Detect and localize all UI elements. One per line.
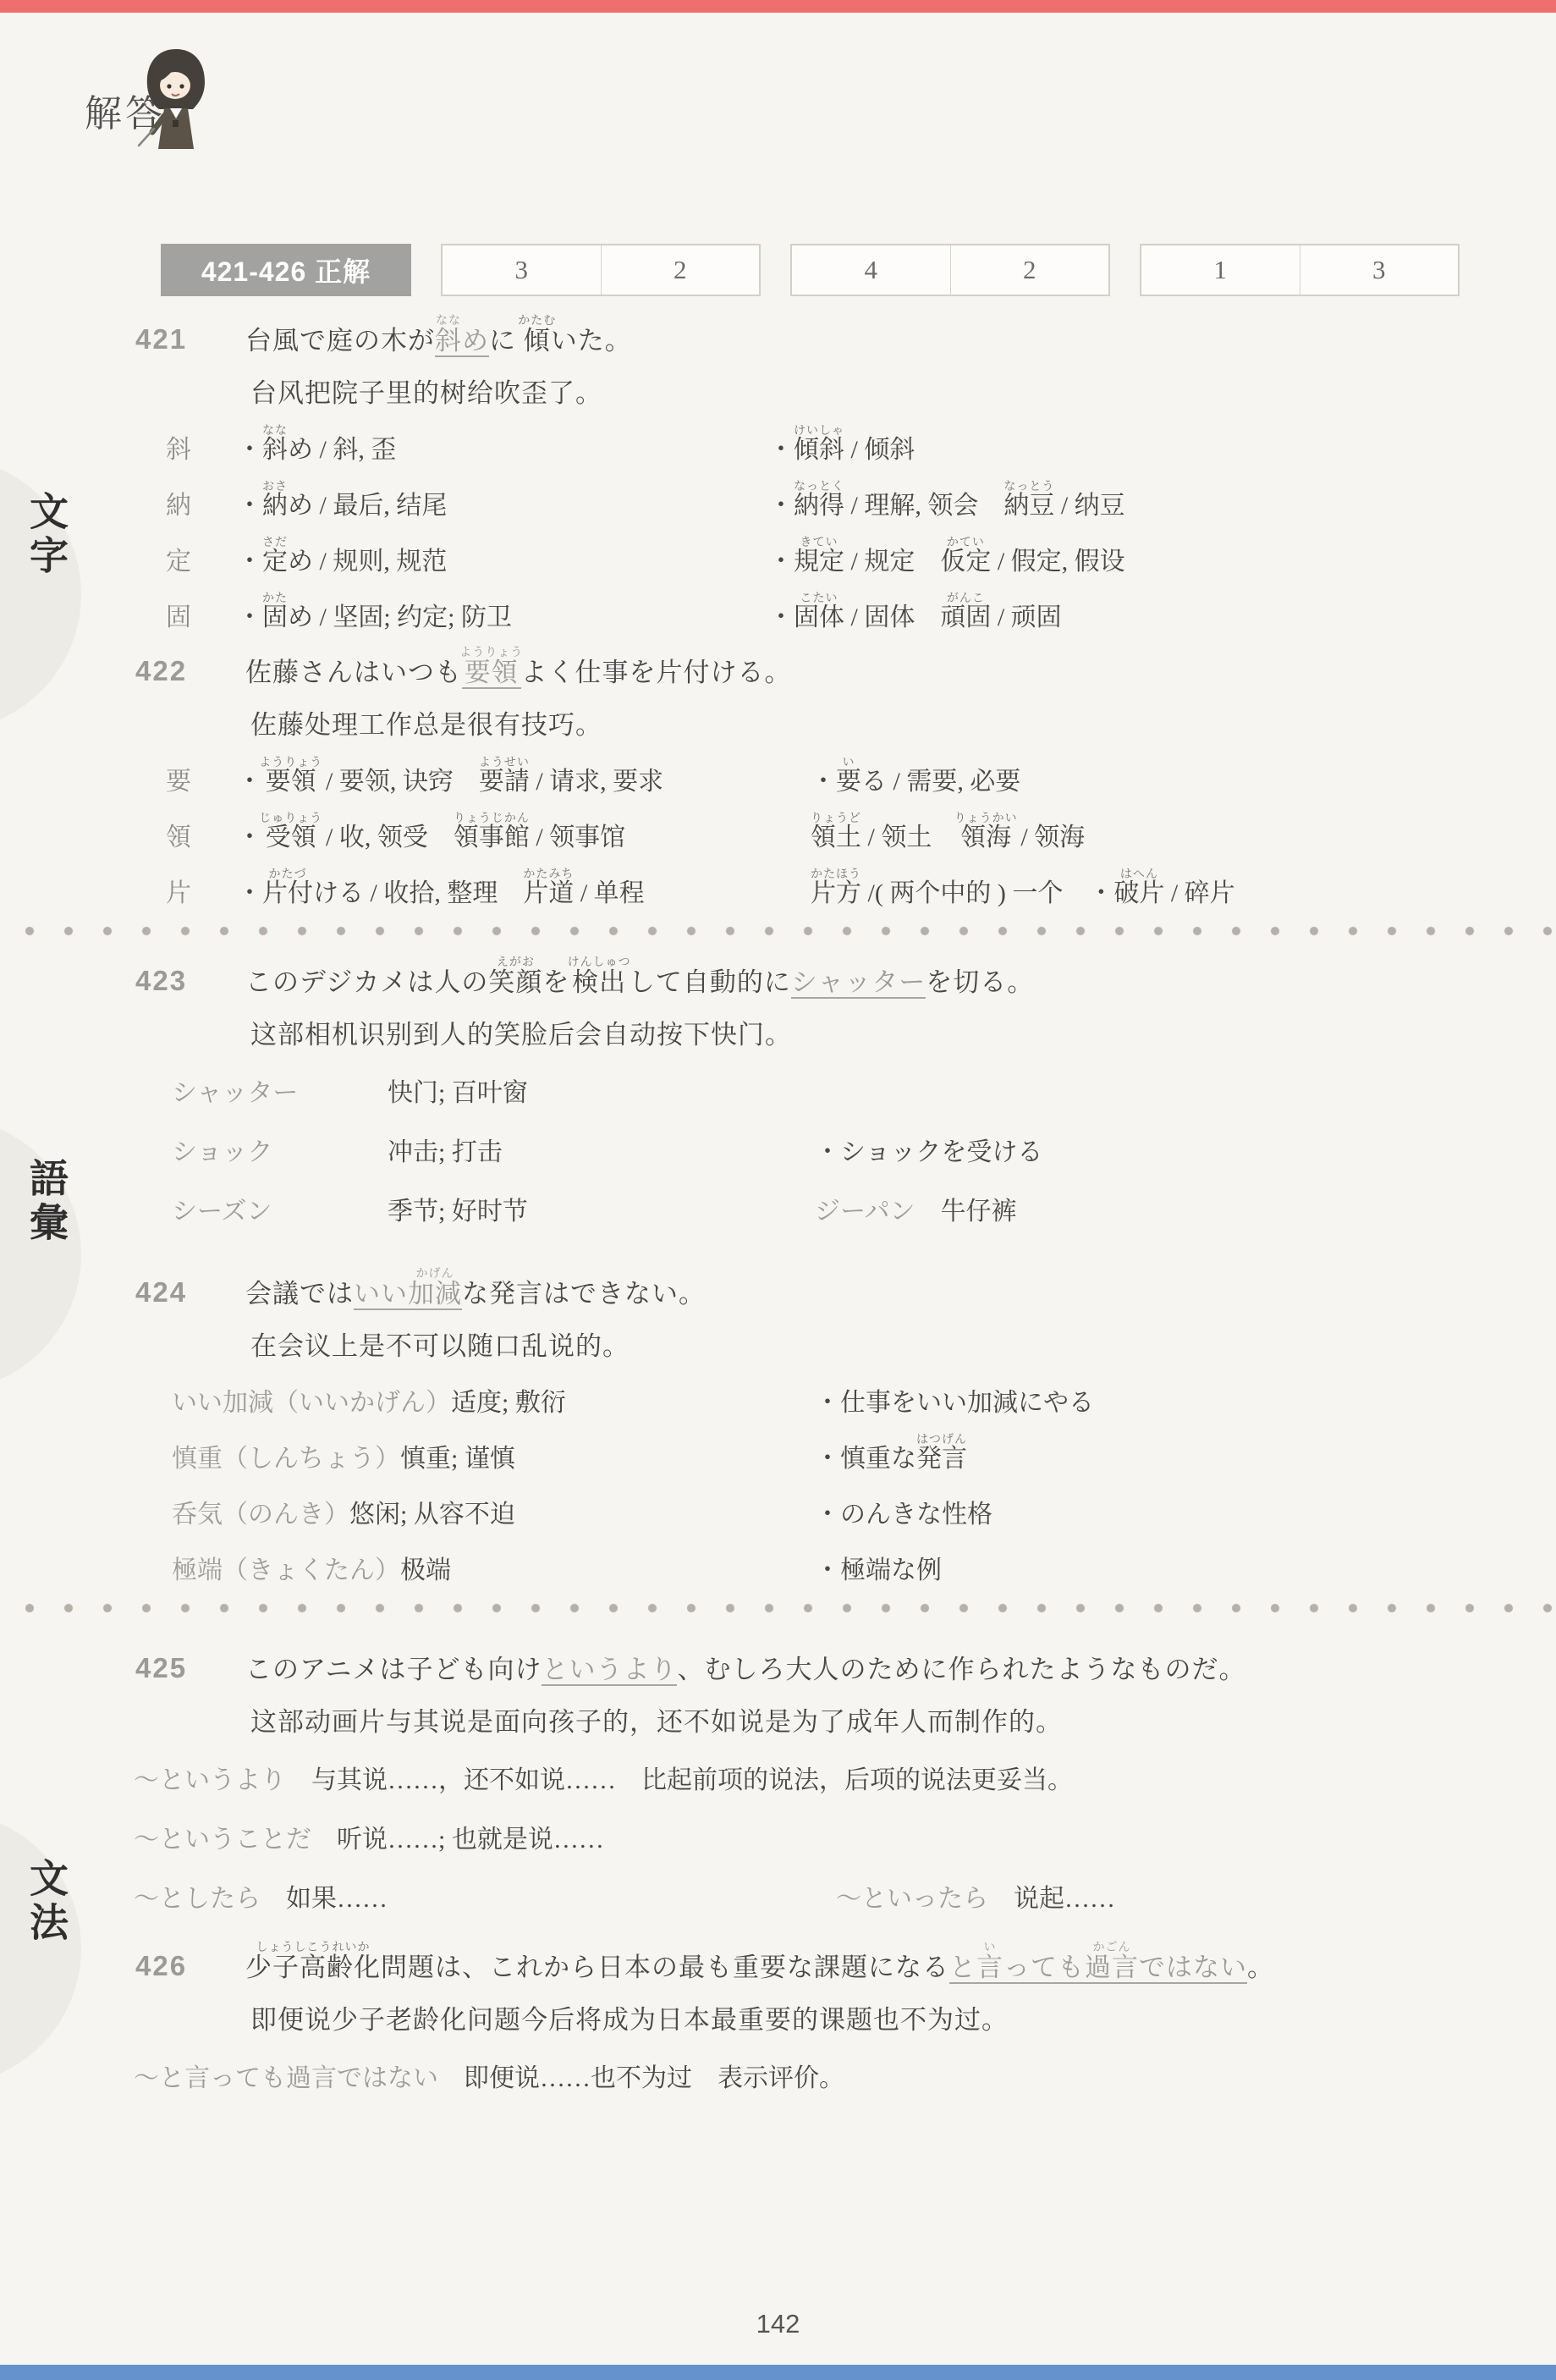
japanese-sentence: 会議ではいい加減かげんな発言はできない。 (245, 1268, 706, 1310)
page-number: 142 (0, 2309, 1556, 2339)
question-number: 422 (135, 655, 187, 687)
grammar-row: ～と言っても過言ではない 即便说……也不为过 表示评价。 (134, 2041, 1497, 2101)
answer-425: 1 (1141, 245, 1300, 295)
kanji-examples-right: ・固体こたい / 固体 頑固がんこ / 顽固 (768, 592, 1062, 633)
kanji-examples-right: ・要いる / 需要, 必要 (811, 757, 1020, 797)
kanji-label: 納 (166, 484, 237, 521)
dotted-divider (0, 914, 1556, 948)
kanji-examples-left: ・受領じゅりょう / 收, 领受 領事館りょうじかん / 领事馆 (237, 813, 625, 853)
vocab-row: 呑気（のんき）悠闲; 从容不迫 ・のんきな性格 (134, 1479, 1497, 1535)
grammar-row: ～としたら 如果…… ～といったら 说起…… (134, 1862, 1497, 1921)
kanji-label: 片 (166, 872, 237, 909)
kanji-row: 納 ・納おさめ / 最后, 结尾 ・納得なっとく / 理解, 领会 納豆なっとう… (134, 471, 1497, 526)
vocab-term: シーズン (172, 1190, 388, 1227)
kanji-examples-right: ・傾斜けいしゃ / 倾斜 (768, 425, 915, 466)
chinese-translation: 在会议上是不可以随口乱说的。 (250, 1314, 1497, 1368)
vocab-row: 極端（きょくたん）极端 ・極端な例 (134, 1535, 1497, 1591)
answer-range-label: 421-426 正解 (161, 244, 411, 296)
chinese-translation: 佐藤处理工作总是很有技巧。 (250, 692, 1497, 747)
vocab-example: ・極端な例 (815, 1549, 942, 1586)
japanese-sentence-line: 426 少子高齢化しょうしこうれいか問題は、これから日本の最も重要な課題になると… (245, 1933, 1497, 1987)
answer-strip: 421-426 正解 3 2 4 2 1 3 (161, 244, 1497, 296)
grammar-pattern-gloss: ～としたら 如果…… (134, 1877, 388, 1914)
vocab-term: ショック (172, 1131, 388, 1168)
textbook-answer-page: 文字 語彙 文法 解答 (0, 0, 1556, 2380)
japanese-sentence-line: 425 このアニメは子ども向けというより、むしろ大人のために作られたようなものだ… (245, 1635, 1497, 1689)
vocab-row: いい加減（いいかげん）适度; 敷衍 ・仕事をいい加減にやる (134, 1368, 1497, 1424)
kanji-row: 定 ・定さだめ / 规则, 规范 ・規定きてい / 规定 仮定かてい / 假定,… (134, 526, 1497, 582)
vocab-row: ショック 冲击; 打击 ・ショックを受ける (134, 1116, 1497, 1175)
kanji-label: 領 (166, 816, 237, 853)
kanji-examples-right: ・納得なっとく / 理解, 领会 納豆なっとう / 纳豆 (768, 481, 1125, 521)
japanese-sentence-line: 421 台風で庭の木が斜ななめに 傾かたむいた。 (245, 306, 1497, 361)
kanji-examples-left: ・固かため / 坚固; 约定; 防卫 (237, 592, 512, 633)
kanji-row: 領 ・受領じゅりょう / 收, 领受 領事館りょうじかん / 领事馆 領土りょう… (134, 802, 1497, 858)
kanji-row: 片 ・片付かたづける / 收拾, 整理 片道かたみち / 单程 片方かたほう /… (134, 858, 1497, 914)
page-bottom-blue-bar (0, 2365, 1556, 2380)
question-number: 426 (135, 1950, 187, 1982)
vocab-gloss: 快门; 百叶窗 (388, 1072, 528, 1109)
question-423: 423 このデジカメは人の笑顔えがおを検出けんしゅつして自動的にシャッターを切る… (134, 948, 1497, 1234)
chinese-translation: 这部动画片与其说是面向孩子的，还不如说是为了成年人而制作的。 (250, 1689, 1497, 1744)
vocab-example: ジーパン 牛仔裤 (815, 1190, 1017, 1227)
question-number: 425 (135, 1652, 187, 1684)
question-422: 422 佐藤さんはいつも要領ようりょうよく仕事を片付ける。 佐藤处理工作总是很有… (134, 638, 1497, 914)
page-top-red-bar (0, 0, 1556, 13)
vocab-example: ・慎重な発言はつげん (815, 1434, 967, 1474)
kanji-examples-left: ・要領ようりょう / 要领, 诀窍 要請ようせい / 请求, 要求 (237, 757, 663, 797)
kanji-label: 定 (166, 540, 237, 577)
vocab-term-gloss: 呑気（のんき）悠闲; 从容不迫 (172, 1493, 515, 1530)
kanji-label: 固 (166, 596, 237, 633)
page-content: 解答 421-426 正解 (0, 46, 1556, 2101)
japanese-sentence: このアニメは子ども向けというより、むしろ大人のために作られたようなものだ。 (245, 1648, 1245, 1686)
question-number: 424 (135, 1276, 187, 1308)
grammar-row: ～ということだ 听说……; 也就是说…… (134, 1803, 1497, 1862)
dotted-divider (0, 1591, 1556, 1625)
vocab-example: ・仕事をいい加減にやる (815, 1381, 1094, 1419)
vocab-term: シャッター (172, 1072, 388, 1109)
japanese-sentence-line: 423 このデジカメは人の笑顔えがおを検出けんしゅつして自動的にシャッターを切る… (245, 948, 1497, 1002)
japanese-sentence: 佐藤さんはいつも要領ようりょうよく仕事を片付ける。 (245, 647, 792, 689)
answer-422: 2 (601, 245, 760, 295)
answer-421: 3 (443, 245, 601, 295)
vocab-example: ・ショックを受ける (815, 1131, 1042, 1168)
kanji-label: 要 (166, 760, 237, 797)
vocab-gloss: 冲击; 打击 (388, 1131, 503, 1168)
teacher-girl-icon (132, 44, 220, 166)
kanji-examples-right: 領土りょうど / 领土 領海りょうかい / 领海 (811, 813, 1085, 853)
japanese-sentence-line: 422 佐藤さんはいつも要領ようりょうよく仕事を片付ける。 (245, 638, 1497, 692)
grammar-pattern-gloss: ～というより 与其说……，还不如说…… 比起前项的说法，后项的说法更妥当。 (134, 1759, 1073, 1796)
vocab-term-gloss: 極端（きょくたん）极端 (172, 1549, 451, 1586)
question-number: 423 (135, 965, 187, 997)
vocab-term-gloss: 慎重（しんちょう）慎重; 谨慎 (172, 1437, 515, 1474)
answer-box-1: 3 2 (441, 244, 761, 296)
japanese-sentence: 少子高齢化しょうしこうれいか問題は、これから日本の最も重要な課題になると言いって… (245, 1942, 1274, 1984)
kanji-examples-right: ・規定きてい / 规定 仮定かてい / 假定, 假设 (768, 537, 1125, 577)
chinese-translation: 即便说少子老龄化问题今后将成为日本最重要的课题也不为过。 (250, 1987, 1497, 2041)
answer-424: 2 (950, 245, 1109, 295)
kanji-examples-right: 片方かたほう /( 两个中的 ) 一个 ・破片はへん / 碎片 (811, 868, 1235, 909)
question-number: 421 (135, 323, 187, 355)
answer-423: 4 (792, 245, 950, 295)
answer-box-2: 4 2 (790, 244, 1110, 296)
answer-426: 3 (1300, 245, 1459, 295)
grammar-pattern-gloss: ～と言っても過言ではない 即便说……也不为过 表示评价。 (134, 2057, 844, 2094)
question-424: 424 会議ではいい加減かげんな発言はできない。 在会议上是不可以随口乱说的。 … (134, 1259, 1497, 1591)
vocab-term-gloss: いい加減（いいかげん）适度; 敷衍 (172, 1381, 566, 1419)
question-426: 426 少子高齢化しょうしこうれいか問題は、これから日本の最も重要な課題になると… (134, 1933, 1497, 2101)
chinese-translation: 台风把院子里的树给吹歪了。 (250, 361, 1497, 415)
kanji-label: 斜 (166, 428, 237, 466)
kanji-examples-left: ・斜ななめ / 斜, 歪 (237, 425, 396, 466)
kanji-row: 要 ・要領ようりょう / 要领, 诀窍 要請ようせい / 请求, 要求 ・要いる… (134, 747, 1497, 802)
question-421: 421 台風で庭の木が斜ななめに 傾かたむいた。 台风把院子里的树给吹歪了。 斜… (134, 306, 1497, 638)
chinese-translation: 这部相机识别到人的笑脸后会自动按下快门。 (250, 1002, 1497, 1056)
vocab-gloss: 季节; 好时节 (388, 1190, 528, 1227)
answer-header: 解答 (85, 46, 1497, 164)
japanese-sentence: 台風で庭の木が斜ななめに 傾かたむいた。 (245, 315, 632, 357)
kanji-examples-left: ・定さだめ / 规则, 规范 (237, 537, 447, 577)
vocab-row: 慎重（しんちょう）慎重; 谨慎 ・慎重な発言はつげん (134, 1424, 1497, 1479)
grammar-pattern-gloss: ～ということだ 听说……; 也就是说…… (134, 1818, 604, 1855)
answer-box-3: 1 3 (1140, 244, 1460, 296)
vocab-row: シャッター 快门; 百叶窗 (134, 1056, 1497, 1116)
teacher-girl-illustration (132, 44, 220, 170)
japanese-sentence: このデジカメは人の笑顔えがおを検出けんしゅつして自動的にシャッターを切る。 (245, 956, 1034, 999)
kanji-examples-left: ・納おさめ / 最后, 结尾 (237, 481, 447, 521)
kanji-examples-left: ・片付かたづける / 收拾, 整理 片道かたみち / 单程 (237, 868, 645, 909)
japanese-sentence-line: 424 会議ではいい加減かげんな発言はできない。 (245, 1259, 1497, 1314)
vocab-row: シーズン 季节; 好时节 ジーパン 牛仔裤 (134, 1175, 1497, 1234)
kanji-row: 斜 ・斜ななめ / 斜, 歪 ・傾斜けいしゃ / 倾斜 (134, 415, 1497, 471)
question-425: 425 このアニメは子ども向けというより、むしろ大人のために作られたようなものだ… (134, 1635, 1497, 1921)
grammar-row: ～というより 与其说……，还不如说…… 比起前项的说法，后项的说法更妥当。 (134, 1744, 1497, 1803)
grammar-pattern-right: ～といったら 说起…… (836, 1877, 1115, 1914)
vocab-example: ・のんきな性格 (815, 1493, 992, 1530)
kanji-row: 固 ・固かため / 坚固; 约定; 防卫 ・固体こたい / 固体 頑固がんこ /… (134, 582, 1497, 638)
